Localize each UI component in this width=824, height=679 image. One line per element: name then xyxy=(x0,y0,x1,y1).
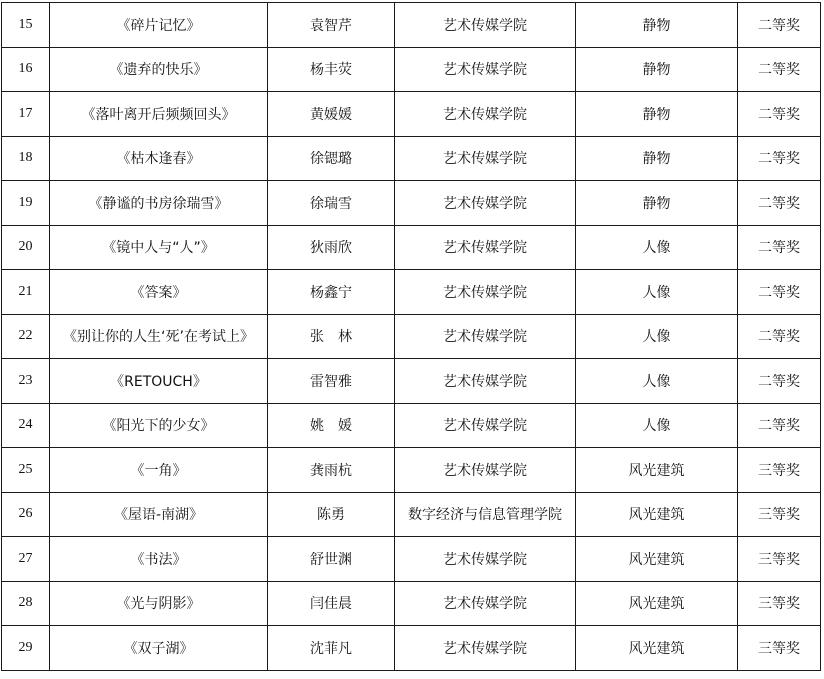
cell-college: 艺术传媒学院 xyxy=(395,225,576,270)
cell-number: 21 xyxy=(2,270,50,315)
table-row: 29 《双子湖》 沈菲凡 艺术传媒学院 风光建筑 三等奖 xyxy=(2,626,821,671)
cell-work-title: 《镜中人与“人”》 xyxy=(50,225,268,270)
cell-author-name: 舒世渊 xyxy=(268,537,395,582)
table-row: 22 《别让你的人生‘死’在考试上》 张 林 艺术传媒学院 人像 二等奖 xyxy=(2,314,821,359)
table-row: 21 《答案》 杨鑫宁 艺术传媒学院 人像 二等奖 xyxy=(2,270,821,315)
table-row: 26 《屋语-南湖》 陈勇 数字经济与信息管理学院 风光建筑 三等奖 xyxy=(2,492,821,537)
cell-category: 人像 xyxy=(576,314,738,359)
table-row: 25 《一角》 龚雨杭 艺术传媒学院 风光建筑 三等奖 xyxy=(2,448,821,493)
cell-work-title: 《屋语-南湖》 xyxy=(50,492,268,537)
cell-work-title: 《一角》 xyxy=(50,448,268,493)
cell-college: 艺术传媒学院 xyxy=(395,626,576,671)
cell-college: 艺术传媒学院 xyxy=(395,359,576,404)
cell-number: 28 xyxy=(2,581,50,626)
cell-number: 17 xyxy=(2,92,50,137)
cell-number: 23 xyxy=(2,359,50,404)
cell-prize: 三等奖 xyxy=(738,492,821,537)
cell-prize: 二等奖 xyxy=(738,225,821,270)
cell-college: 艺术传媒学院 xyxy=(395,136,576,181)
cell-number: 27 xyxy=(2,537,50,582)
cell-number: 29 xyxy=(2,626,50,671)
awards-table-body: 15 《碎片记忆》 袁智芹 艺术传媒学院 静物 二等奖 16 《遗弃的快乐》 杨… xyxy=(2,3,821,671)
cell-number: 22 xyxy=(2,314,50,359)
cell-work-title: 《遗弃的快乐》 xyxy=(50,47,268,92)
cell-category: 静物 xyxy=(576,136,738,181)
cell-author-name: 雷智雅 xyxy=(268,359,395,404)
cell-category: 风光建筑 xyxy=(576,626,738,671)
cell-author-name: 陈勇 xyxy=(268,492,395,537)
cell-category: 静物 xyxy=(576,181,738,226)
cell-college: 艺术传媒学院 xyxy=(395,47,576,92)
cell-work-title: 《双子湖》 xyxy=(50,626,268,671)
cell-category: 风光建筑 xyxy=(576,581,738,626)
table-row: 20 《镜中人与“人”》 狄雨欣 艺术传媒学院 人像 二等奖 xyxy=(2,225,821,270)
cell-category: 人像 xyxy=(576,359,738,404)
cell-college: 数字经济与信息管理学院 xyxy=(395,492,576,537)
cell-category: 人像 xyxy=(576,403,738,448)
table-row: 17 《落叶离开后频频回头》 黄媛媛 艺术传媒学院 静物 二等奖 xyxy=(2,92,821,137)
cell-college: 艺术传媒学院 xyxy=(395,270,576,315)
cell-work-title: 《静谧的书房徐瑞雪》 xyxy=(50,181,268,226)
cell-number: 19 xyxy=(2,181,50,226)
cell-college: 艺术传媒学院 xyxy=(395,181,576,226)
cell-author-name: 杨鑫宁 xyxy=(268,270,395,315)
cell-author-name: 徐瑞雪 xyxy=(268,181,395,226)
cell-work-title: 《答案》 xyxy=(50,270,268,315)
cell-college: 艺术传媒学院 xyxy=(395,581,576,626)
cell-prize: 二等奖 xyxy=(738,403,821,448)
cell-category: 风光建筑 xyxy=(576,537,738,582)
cell-number: 18 xyxy=(2,136,50,181)
cell-prize: 三等奖 xyxy=(738,537,821,582)
cell-author-name: 黄媛媛 xyxy=(268,92,395,137)
cell-prize: 二等奖 xyxy=(738,47,821,92)
cell-number: 16 xyxy=(2,47,50,92)
cell-category: 风光建筑 xyxy=(576,492,738,537)
cell-work-title: 《光与阴影》 xyxy=(50,581,268,626)
cell-work-title: 《碎片记忆》 xyxy=(50,3,268,48)
table-row: 27 《书法》 舒世渊 艺术传媒学院 风光建筑 三等奖 xyxy=(2,537,821,582)
cell-work-title: 《枯木逢春》 xyxy=(50,136,268,181)
cell-work-title: 《落叶离开后频频回头》 xyxy=(50,92,268,137)
cell-author-name: 杨丰荧 xyxy=(268,47,395,92)
cell-author-name: 张 林 xyxy=(268,314,395,359)
cell-number: 15 xyxy=(2,3,50,48)
cell-category: 人像 xyxy=(576,270,738,315)
cell-prize: 二等奖 xyxy=(738,270,821,315)
cell-college: 艺术传媒学院 xyxy=(395,403,576,448)
cell-author-name: 闫佳晨 xyxy=(268,581,395,626)
cell-author-name: 姚 媛 xyxy=(268,403,395,448)
cell-prize: 二等奖 xyxy=(738,314,821,359)
table-row: 28 《光与阴影》 闫佳晨 艺术传媒学院 风光建筑 三等奖 xyxy=(2,581,821,626)
cell-author-name: 沈菲凡 xyxy=(268,626,395,671)
cell-category: 人像 xyxy=(576,225,738,270)
cell-category: 静物 xyxy=(576,47,738,92)
table-row: 18 《枯木逢春》 徐锶璐 艺术传媒学院 静物 二等奖 xyxy=(2,136,821,181)
cell-prize: 三等奖 xyxy=(738,448,821,493)
cell-work-title: 《阳光下的少女》 xyxy=(50,403,268,448)
table-row: 23 《RETOUCH》 雷智雅 艺术传媒学院 人像 二等奖 xyxy=(2,359,821,404)
cell-prize: 二等奖 xyxy=(738,92,821,137)
cell-author-name: 袁智芹 xyxy=(268,3,395,48)
cell-number: 20 xyxy=(2,225,50,270)
cell-number: 24 xyxy=(2,403,50,448)
cell-author-name: 徐锶璐 xyxy=(268,136,395,181)
cell-prize: 三等奖 xyxy=(738,581,821,626)
cell-prize: 二等奖 xyxy=(738,181,821,226)
cell-category: 静物 xyxy=(576,92,738,137)
cell-author-name: 狄雨欣 xyxy=(268,225,395,270)
cell-college: 艺术传媒学院 xyxy=(395,92,576,137)
cell-college: 艺术传媒学院 xyxy=(395,448,576,493)
cell-college: 艺术传媒学院 xyxy=(395,314,576,359)
cell-college: 艺术传媒学院 xyxy=(395,3,576,48)
table-row: 19 《静谧的书房徐瑞雪》 徐瑞雪 艺术传媒学院 静物 二等奖 xyxy=(2,181,821,226)
cell-college: 艺术传媒学院 xyxy=(395,537,576,582)
cell-prize: 二等奖 xyxy=(738,136,821,181)
cell-prize: 三等奖 xyxy=(738,626,821,671)
cell-prize: 二等奖 xyxy=(738,3,821,48)
cell-number: 26 xyxy=(2,492,50,537)
cell-work-title: 《别让你的人生‘死’在考试上》 xyxy=(50,314,268,359)
table-row: 16 《遗弃的快乐》 杨丰荧 艺术传媒学院 静物 二等奖 xyxy=(2,47,821,92)
table-row: 15 《碎片记忆》 袁智芹 艺术传媒学院 静物 二等奖 xyxy=(2,3,821,48)
awards-table: 15 《碎片记忆》 袁智芹 艺术传媒学院 静物 二等奖 16 《遗弃的快乐》 杨… xyxy=(1,2,821,671)
cell-prize: 二等奖 xyxy=(738,359,821,404)
cell-number: 25 xyxy=(2,448,50,493)
cell-author-name: 龚雨杭 xyxy=(268,448,395,493)
cell-work-title: 《书法》 xyxy=(50,537,268,582)
cell-category: 静物 xyxy=(576,3,738,48)
table-row: 24 《阳光下的少女》 姚 媛 艺术传媒学院 人像 二等奖 xyxy=(2,403,821,448)
cell-category: 风光建筑 xyxy=(576,448,738,493)
cell-work-title: 《RETOUCH》 xyxy=(50,359,268,404)
